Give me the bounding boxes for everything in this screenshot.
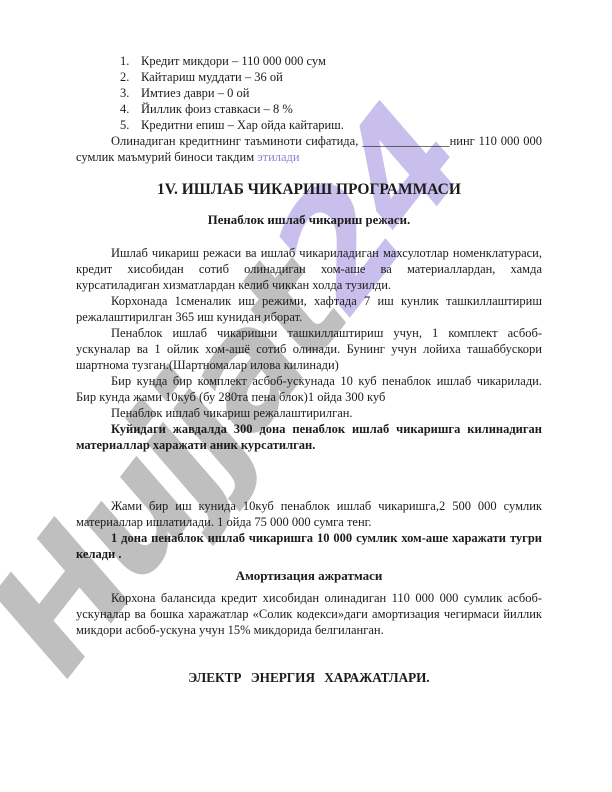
list-item-text: Кредит микдори – 110 000 000 сум bbox=[141, 54, 326, 68]
collateral-text: Олинадиган кредитнинг таъминоти сифатида… bbox=[76, 134, 542, 164]
section-gap bbox=[76, 638, 542, 669]
collateral-paragraph: Олинадиган кредитнинг таъминоти сифатида… bbox=[76, 133, 542, 165]
list-item: 3.Имтиез даври – 0 ой bbox=[76, 85, 542, 101]
collateral-highlight-word: этилади bbox=[257, 150, 299, 164]
list-item-text: Йиллик фоиз ставкаси – 8 % bbox=[141, 102, 293, 116]
section-title: 1V. ИШЛАБ ЧИКАРИШ ПРОГРАММАСИ bbox=[76, 180, 542, 200]
body-paragraph: Корхонада 1сменалик иш режими, хафтада 7… bbox=[76, 293, 542, 325]
body-paragraph-bold: 1 дона пенаблок ишлаб чикаришга 10 000 с… bbox=[76, 530, 542, 562]
list-item: 4.Йиллик фоиз ставкаси – 8 % bbox=[76, 101, 542, 117]
body-paragraph: Бир кунда бир комплект асбоб-ускунада 10… bbox=[76, 373, 542, 405]
body-paragraph: Ишлаб чикариш режаси ва ишлаб чикарилади… bbox=[76, 245, 542, 293]
document-page: 1.Кредит микдори – 110 000 000 сум 2.Кай… bbox=[0, 0, 612, 686]
list-item-text: Кайтариш муддати – 36 ой bbox=[141, 70, 283, 84]
list-item-number: 3. bbox=[120, 85, 141, 101]
amortization-paragraph: Корхона балансида кредит хисобидан олина… bbox=[76, 590, 542, 638]
list-item-number: 5. bbox=[120, 117, 141, 133]
table-placeholder-gap bbox=[76, 453, 542, 498]
body-paragraph: Пенаблок ишлаб чикаришни ташкиллаштириш … bbox=[76, 325, 542, 373]
list-item-number: 4. bbox=[120, 101, 141, 117]
list-item-text: Кредитни епиш – Хар ойда кайтариш. bbox=[141, 118, 344, 132]
credit-terms-list: 1.Кредит микдори – 110 000 000 сум 2.Кай… bbox=[76, 53, 542, 133]
body-paragraph: Жами бир иш кунида 10куб пенаблок ишлаб … bbox=[76, 498, 542, 530]
electric-energy-heading: ЭЛЕКТР ЭНЕРГИЯ ХАРАЖАТЛАРИ. bbox=[76, 669, 542, 686]
list-item-text: Имтиез даври – 0 ой bbox=[141, 86, 249, 100]
section-subtitle: Пенаблок ишлаб чикариш режаси. bbox=[76, 212, 542, 228]
list-item: 1.Кредит микдори – 110 000 000 сум bbox=[76, 53, 542, 69]
amortization-heading: Амортизация ажратмаси bbox=[76, 568, 542, 584]
list-item-number: 2. bbox=[120, 69, 141, 85]
list-item-number: 1. bbox=[120, 53, 141, 69]
list-item: 5.Кредитни епиш – Хар ойда кайтариш. bbox=[76, 117, 542, 133]
list-item: 2.Кайтариш муддати – 36 ой bbox=[76, 69, 542, 85]
body-paragraph-bold: Куйидаги жавдалда 300 дона пенаблок ишла… bbox=[76, 421, 542, 453]
body-paragraph: Пенаблок ишлаб чикариш режалаштирилган. bbox=[76, 405, 542, 421]
